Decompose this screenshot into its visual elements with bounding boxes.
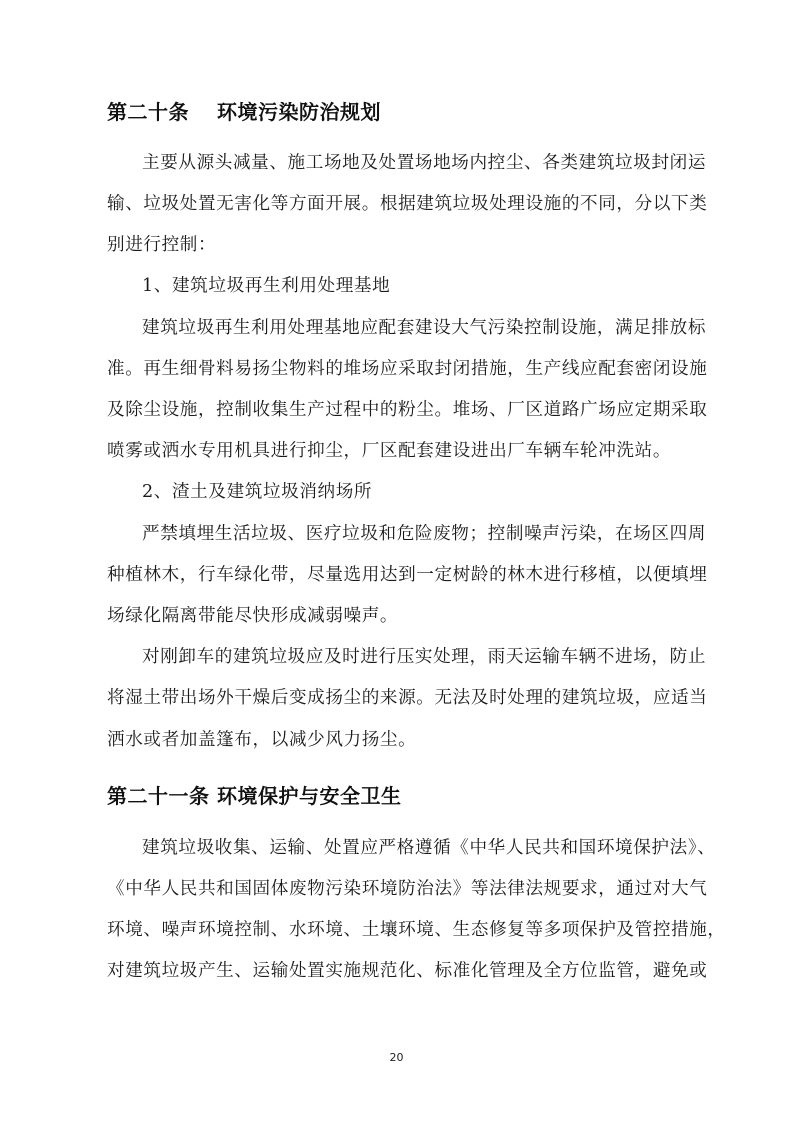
paragraph-line: 喷雾或洒水专用机具进行抑尘，厂区配套建设进出厂车辆车轮冲洗站。 [107,437,671,462]
paragraph-line: 环境、噪声环境控制、水环境、土壤环境、生态修复等多项保护及管控措施， [107,916,726,941]
paragraph-line: 对刚卸车的建筑垃圾应及时进行压实处理，雨天运输车辆不进场，防止 [142,643,706,668]
paragraph-line: 《中华人民共和国固体废物污染环境防治法》等法律法规要求，通过对大气 [107,875,707,900]
paragraph-line: 洒水或者加盖篷布，以减少风力扬尘。 [107,726,416,751]
page-number: 20 [0,1051,793,1064]
paragraph-line: 别进行控制： [107,231,216,256]
section-heading-21: 第二十一条 环境保护与安全卫生 [107,780,401,809]
paragraph-line: 将湿土带出场外干燥后变成扬尘的来源。无法及时处理的建筑垃圾，应适当 [107,684,707,709]
section-heading-20: 第二十条环境污染防治规划 [107,96,381,125]
paragraph-line: 建筑垃圾收集、运输、处置应严格遵循《中华人民共和国环境保护法》、 [142,834,715,859]
article-title: 环境保护与安全卫生 [217,784,402,808]
list-item-heading: 2、渣土及建筑垃圾消纳场所 [142,478,372,503]
article-number: 第二十条 [107,100,189,124]
article-number: 第二十一条 [107,784,210,808]
paragraph-line: 种植林木，行车绿化带，尽量选用达到一定树龄的林木进行移植，以便填埋 [107,561,707,586]
article-title: 环境污染防治规划 [217,100,381,124]
paragraph-line: 准。再生细骨料易扬尘物料的堆场应采取封闭措施，生产线应配套密闭设施 [107,355,707,380]
paragraph-line: 场绿化隔离带能尽快形成减弱噪声。 [107,602,398,627]
paragraph-line: 输、垃圾处置无害化等方面开展。根据建筑垃圾处理设施的不同，分以下类 [107,190,707,215]
paragraph-line: 建筑垃圾再生利用处理基地应配套建设大气污染控制设施，满足排放标 [142,314,706,339]
paragraph-line: 严禁填埋生活垃圾、医疗垃圾和危险废物；控制噪声污染，在场区四周 [142,520,706,545]
list-item-heading: 1、建筑垃圾再生利用处理基地 [142,272,390,297]
paragraph-line: 及除尘设施，控制收集生产过程中的粉尘。堆场、厂区道路广场应定期采取 [107,396,707,421]
paragraph-line: 主要从源头减量、施工场地及处置场地场内控尘、各类建筑垃圾封闭运 [142,149,706,174]
paragraph-line: 对建筑垃圾产生、运输处置实施规范化、标准化管理及全方位监管，避免或 [107,957,707,982]
